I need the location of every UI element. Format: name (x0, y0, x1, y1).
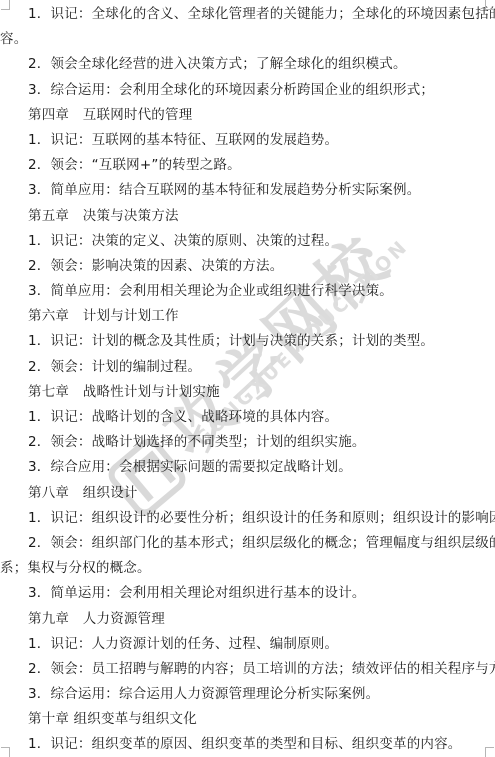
text-line: 1．识记：组织变革的原因、组织变革的类型和目标、组织变革的内容。 (0, 732, 495, 757)
text-line: 2．领会全球化经营的进入决策方式；了解全球化的组织模式。 (0, 52, 495, 77)
text-line: 第七章 战略性计划与计划实施 (0, 380, 495, 405)
page-margin-mark-top-left (1, 0, 10, 10)
page-margin-mark-bottom-left (1, 747, 10, 757)
text-line: 第八章 组织设计 (0, 481, 495, 506)
text-line: 3．综合应用：会根据实际问题的需要拟定战略计划。 (0, 455, 495, 480)
text-line: 第五章 决策与决策方法 (0, 204, 495, 229)
text-line: 1．识记：计划的概念及其性质；计划与决策的关系；计划的类型。 (0, 329, 495, 354)
text-line: 1．识记：互联网的基本特征、互联网的发展趋势。 (0, 128, 495, 153)
text-line: 第十章 组织变革与组织文化 (0, 707, 495, 732)
text-line: 3．简单应用：结合互联网的基本特征和发展趋势分析实际案例。 (0, 178, 495, 203)
text-line: 3．综合运用：综合运用人力资源管理理论分析实际案例。 (0, 682, 495, 707)
text-line: 1．识记：组织设计的必要性分析；组织设计的任务和原则；组织设计的影响因素。 (0, 506, 495, 531)
text-line: 3．简单运用：会利用相关理论对组织进行基本的设计。 (0, 581, 495, 606)
document-page: 1．识记：全球化的含义、全球化管理者的关键能力；全球化的环境因素包括的内容。2．… (0, 2, 495, 757)
document-body: 1．识记：全球化的含义、全球化管理者的关键能力；全球化的环境因素包括的内容。2．… (0, 2, 495, 757)
text-line: 系；集权与分权的概念。 (0, 556, 495, 581)
text-line: 2．领会：战略计划选择的不同类型；计划的组织实施。 (0, 430, 495, 455)
text-line: 1．识记：决策的定义、决策的原则、决策的过程。 (0, 229, 495, 254)
text-line: 1．识记：全球化的含义、全球化管理者的关键能力；全球化的环境因素包括的内 (0, 2, 495, 27)
text-line: 2．领会：员工招聘与解聘的内容；员工培训的方法；绩效评估的相关程序与方法。 (0, 657, 495, 682)
page-margin-mark-bottom-right (485, 747, 494, 757)
text-line: 1．识记：战略计划的含义、战略环境的具体内容。 (0, 405, 495, 430)
text-line: 第四章 互联网时代的管理 (0, 103, 495, 128)
text-line: 2．领会：“互联网+”的转型之路。 (0, 153, 495, 178)
text-line: 2．领会：组织部门化的基本形式；组织层级化的概念；管理幅度与组织层级的关 (0, 531, 495, 556)
text-line: 3．简单应用：会利用相关理论为企业或组织进行科学决策。 (0, 279, 495, 304)
page-margin-mark-top-right (485, 0, 494, 10)
text-line: 2．领会：影响决策的因素、决策的方法。 (0, 254, 495, 279)
text-line: 容。 (0, 27, 495, 52)
text-line: 第九章 人力资源管理 (0, 607, 495, 632)
text-line: 1．识记：人力资源计划的任务、过程、编制原则。 (0, 632, 495, 657)
text-line: 3．综合运用：会利用全球化的环境因素分析跨国企业的组织形式； (0, 78, 495, 103)
text-line: 2．领会：计划的编制过程。 (0, 355, 495, 380)
text-line: 第六章 计划与计划工作 (0, 304, 495, 329)
